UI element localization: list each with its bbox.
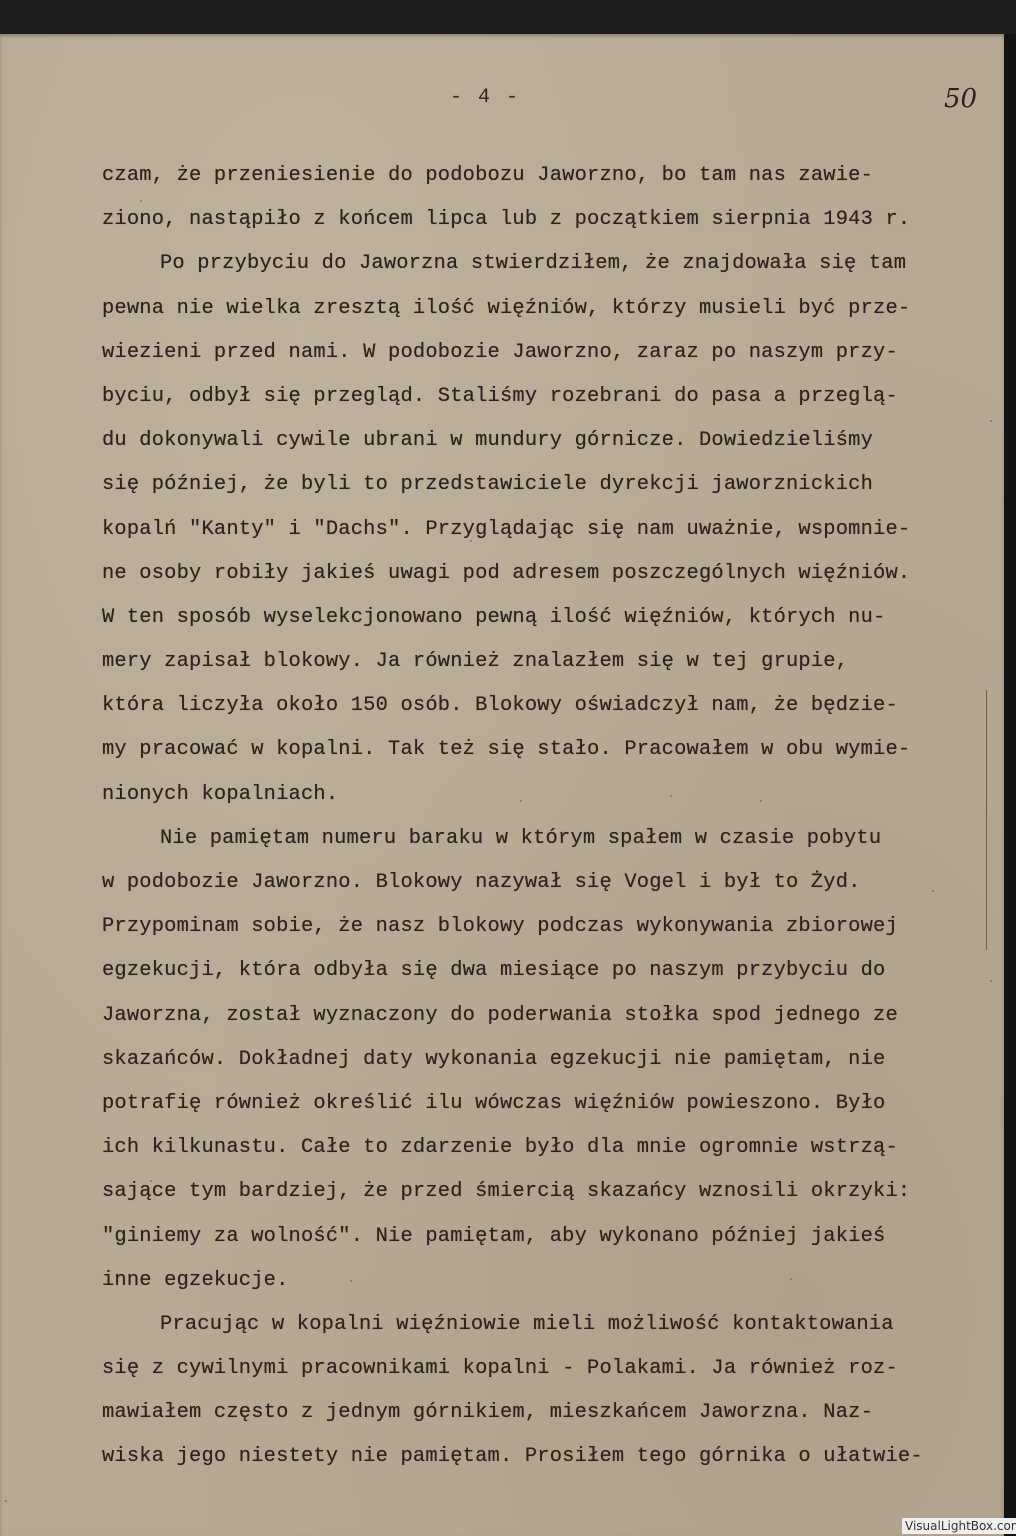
text-line: kopalń "Kanty" i "Dachs". Przyglądając s… (102, 508, 982, 552)
scan-speck (700, 440, 702, 442)
text-line: wiezieni przed nami. W podobozie Jaworzn… (102, 331, 982, 375)
text-line: wiska jego niestety nie pamiętam. Prosił… (102, 1435, 982, 1479)
text-line: która liczyła około 150 osób. Blokowy oś… (102, 684, 982, 728)
text-line: się później, że byli to przedstawiciele … (102, 463, 982, 507)
text-line: byciu, odbył się przegląd. Staliśmy roze… (102, 375, 982, 419)
text-line: Jaworzna, został wyznaczony do poderwani… (102, 994, 982, 1038)
watermark: VisualLightBox.com (902, 1518, 1016, 1534)
scan-speck (150, 1180, 152, 1182)
margin-pencil-line (986, 690, 987, 950)
scan-speck (140, 200, 142, 202)
text-line: ziono, nastąpiło z końcem lipca lub z po… (102, 198, 982, 242)
text-line: mery zapisał blokowy. Ja również znalazł… (102, 640, 982, 684)
scan-speck (520, 800, 522, 802)
scan-speck (790, 1278, 792, 1280)
text-line: "giniemy za wolność". Nie pamiętam, aby … (102, 1215, 982, 1259)
scan-speck (350, 1280, 352, 1282)
text-line: w podobozie Jaworzno. Blokowy nazywał si… (102, 861, 982, 905)
text-line: ich kilkunastu. Całe to zdarzenie było d… (102, 1126, 982, 1170)
scan-speck (670, 795, 672, 797)
text-line: się z cywilnymi pracownikami kopalni - P… (102, 1347, 982, 1391)
paragraph-first-line: Nie pamiętam numeru baraku w którym spał… (102, 817, 982, 861)
text-line: Przypominam sobie, że nasz blokowy podcz… (102, 905, 982, 949)
text-line: du dokonywali cywile ubrani w mundury gó… (102, 419, 982, 463)
scan-speck (330, 660, 332, 662)
scan-speck (990, 420, 992, 422)
text-line: skazańców. Dokładnej daty wykonania egze… (102, 1038, 982, 1082)
text-line: mawiałem często z jednym górnikiem, mies… (102, 1391, 982, 1435)
paragraph-first-line: Pracując w kopalni więźniowie mieli możl… (102, 1303, 982, 1347)
text-line: my pracować w kopalni. Tak też się stało… (102, 728, 982, 772)
archive-page-number: 50 (944, 84, 977, 114)
scan-speck (560, 300, 562, 302)
scan-speck (932, 890, 934, 892)
paragraph-first-line: czam, że przeniesienie do podobozu Jawor… (102, 154, 982, 198)
scan-speck (990, 980, 992, 982)
text-line: potrafię również określić ilu wówczas wi… (102, 1082, 982, 1126)
text-line: ne osoby robiły jakieś uwagi pod adresem… (102, 552, 982, 596)
text-line: inne egzekucje. (102, 1259, 982, 1303)
scan-speck (760, 800, 762, 802)
scan-speck (470, 540, 472, 542)
paragraph-first-line: Po przybyciu do Jaworzna stwierdziłem, ż… (102, 242, 982, 286)
text-line: sające tym bardziej, że przed śmiercią s… (102, 1170, 982, 1214)
text-line: W ten sposób wyselekcjonowano pewną iloś… (102, 596, 982, 640)
text-line: pewna nie wielka zresztą ilość więźniów,… (102, 287, 982, 331)
scan-border (1004, 34, 1016, 1536)
scan-speck (5, 1500, 7, 1502)
typewritten-body: czam, że przeniesienie do podobozu Jawor… (102, 154, 982, 1480)
text-line: egzekucji, która odbyła się dwa miesiące… (102, 949, 982, 993)
text-line: nionych kopalniach. (102, 773, 982, 817)
page-number-header: - 4 - (0, 86, 970, 109)
